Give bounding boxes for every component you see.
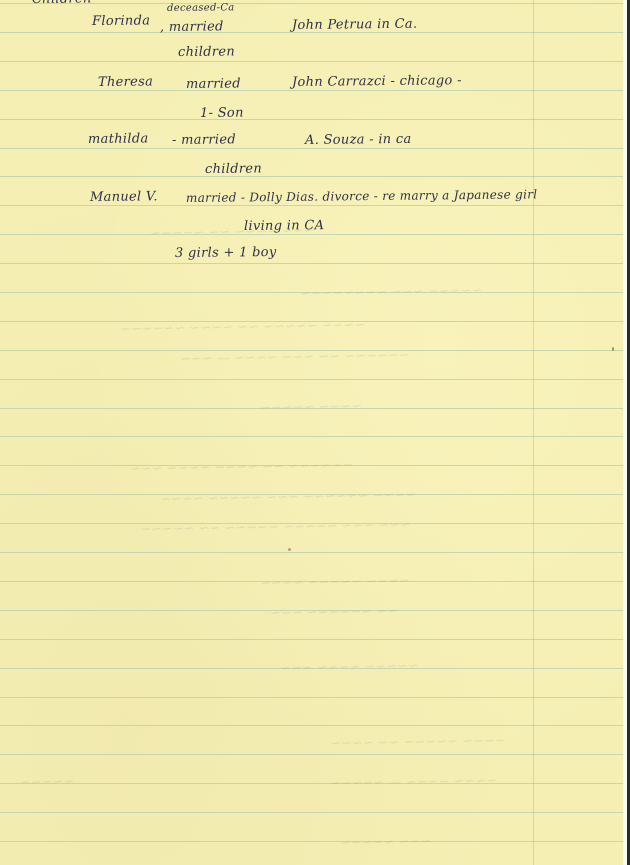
ruled-line [0,841,623,842]
ruled-line [0,436,623,437]
ink-speck [612,347,614,351]
ruled-line [0,119,623,120]
florinda-spouse: John Petrua in Ca. [292,17,418,33]
ruled-line [0,581,623,582]
ruled-line [0,465,623,466]
ruled-line [0,783,623,784]
ruled-line [0,610,623,611]
header-children: Children — [32,0,110,7]
theresa-name: Theresa [98,74,153,90]
florinda-annotation: deceased-Ca [167,2,235,14]
manuel-name: Manuel V. [90,189,158,205]
ruled-line [0,812,623,813]
ruled-line [0,90,623,91]
ruled-line [0,754,623,755]
mathilda-name: mathilda [88,131,149,147]
ruled-line [0,668,623,669]
florinda-name: Florinda [92,13,150,29]
ruled-line [0,148,623,149]
ruled-line [0,61,623,62]
ruled-line [0,379,623,380]
ruled-line [0,321,623,322]
ruled-line [0,408,623,409]
ruled-line [0,523,623,524]
ruled-line [0,263,623,264]
ruled-line [0,292,623,293]
ruled-line [0,350,623,351]
florinda-children: children [178,44,235,60]
manuel-children: 3 girls + 1 boy [175,245,277,261]
ruled-line [0,639,623,640]
legal-pad-page: ~~~ ~~~~ ~~ ~~~~~ ~~~~~ ~~~ ~~~~~~~~ ~~~… [0,0,630,865]
ink-speck [288,548,291,551]
ruled-line [0,552,623,553]
manuel-residence: living in CA [244,218,324,234]
mathilda-status: - married [172,132,236,148]
ruled-line [0,494,623,495]
manuel-status: married - Dolly Dias. divorce - re marry… [186,187,538,205]
mathilda-children: children [205,161,262,177]
theresa-children: 1- Son [200,106,244,121]
ruled-line [0,234,623,235]
theresa-spouse: John Carrazci - chicago - [292,73,462,90]
ruled-line [0,697,623,698]
theresa-status: married [186,76,241,92]
margin-line [533,0,534,865]
florinda-status: , married [160,19,224,35]
ruled-line [0,176,623,177]
ruled-line [0,725,623,726]
mathilda-spouse: A. Souza - in ca [305,132,412,148]
ruled-line [0,205,623,206]
